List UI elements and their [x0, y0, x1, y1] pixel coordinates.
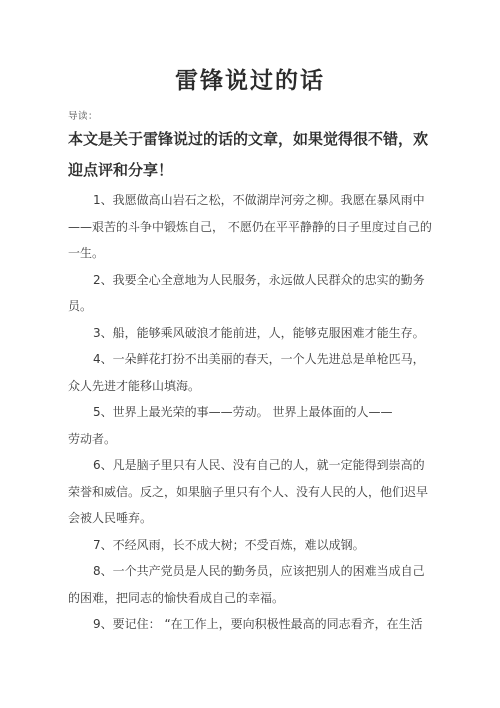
quote-line: 的困难，把同志的愉快看成自己的幸福。 [68, 585, 432, 612]
quote-line: 荣誉和威信。反之，如果脑子里只有个人、没有人民的人，他们迟早 [68, 479, 432, 506]
quote-line: 4、一朵鲜花打扮不出美丽的春天，一个人先进总是单枪匹马， [68, 346, 432, 373]
quote-paragraph: 4、一朵鲜花打扮不出美丽的春天，一个人先进总是单枪匹马，众人先进才能移山填海。 [68, 346, 432, 399]
quote-line: 劳动者。 [68, 426, 432, 453]
quote-paragraph: 6、凡是脑子里只有人民、没有自己的人，就一定能得到崇高的荣誉和威信。反之，如果脑… [68, 452, 432, 532]
quote-line: 9、要记住： “在工作上，要向积极性最高的同志看齐，在生活 [68, 611, 432, 638]
quote-paragraph: 9、要记住： “在工作上，要向积极性最高的同志看齐，在生活 [68, 611, 432, 638]
intro-paragraph: 本文是关于雷锋说过的话的文章，如果觉得很不错，欢迎点评和分享！ [68, 124, 432, 186]
intro-line: 本文是关于雷锋说过的话的文章，如果觉得很不错，欢 [68, 124, 432, 155]
quote-paragraph: 8、一个共产党员是人民的勤务员，应该把别人的困难当成自己的困难，把同志的愉快看成… [68, 558, 432, 611]
quote-line: 8、一个共产党员是人民的勤务员，应该把别人的困难当成自己 [68, 558, 432, 585]
quote-line: 6、凡是脑子里只有人民、没有自己的人，就一定能得到崇高的 [68, 452, 432, 479]
quote-line: 会被人民唾弃。 [68, 505, 432, 532]
quote-line: 3、船，能够乘风破浪才能前进，人，能够克服困难才能生存。 [68, 320, 432, 347]
quote-paragraph: 3、船，能够乘风破浪才能前进，人，能够克服困难才能生存。 [68, 320, 432, 347]
quote-line: ——艰苦的斗争中锻炼自己， 不愿仍在平平静静的日子里度过自己的 [68, 214, 432, 241]
quote-line: 一生。 [68, 240, 432, 267]
quote-line: 众人先进才能移山填海。 [68, 373, 432, 400]
quote-paragraph: 1、我愿做高山岩石之松，不做湖岸河旁之柳。我愿在暴风雨中——艰苦的斗争中锻炼自己… [68, 187, 432, 267]
document-title: 雷锋说过的话 [68, 62, 432, 95]
quote-line: 5、世界上最光荣的事——劳动。 世界上最体面的人—— [68, 399, 432, 426]
document-page: 雷锋说过的话 导读： 本文是关于雷锋说过的话的文章，如果觉得很不错，欢迎点评和分… [0, 0, 500, 708]
quote-line: 2、我要全心全意地为人民服务，永远做人民群众的忠实的勤务 [68, 267, 432, 294]
quote-line: 7、不经风雨，长不成大树；不受百炼，难以成钢。 [68, 532, 432, 559]
intro-line: 迎点评和分享！ [68, 155, 432, 186]
quotes-list: 1、我愿做高山岩石之松，不做湖岸河旁之柳。我愿在暴风雨中——艰苦的斗争中锻炼自己… [68, 187, 432, 638]
quote-paragraph: 7、不经风雨，长不成大树；不受百炼，难以成钢。 [68, 532, 432, 559]
quote-line: 员。 [68, 293, 432, 320]
quote-paragraph: 2、我要全心全意地为人民服务，永远做人民群众的忠实的勤务员。 [68, 267, 432, 320]
quote-paragraph: 5、世界上最光荣的事——劳动。 世界上最体面的人——劳动者。 [68, 399, 432, 452]
quote-line: 1、我愿做高山岩石之松，不做湖岸河旁之柳。我愿在暴风雨中 [68, 187, 432, 214]
lead-label: 导读： [68, 108, 432, 122]
